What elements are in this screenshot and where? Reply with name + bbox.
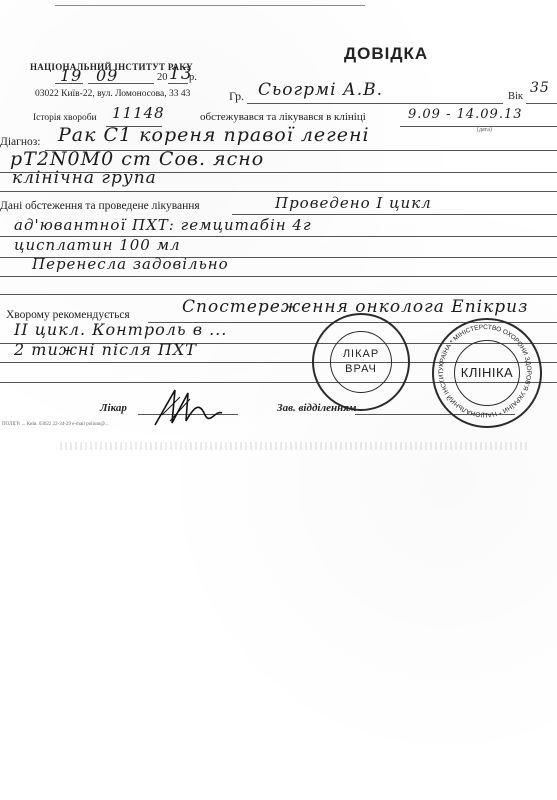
patient-label: Гр.	[229, 89, 244, 104]
patient-rule	[247, 103, 503, 104]
recommend-line-3: 2 тижні після ПХТ	[14, 340, 197, 359]
scan-edge-line	[55, 5, 365, 6]
age-label: Вік	[508, 91, 523, 102]
doctor-stamp: ЛІКАР ВРАЧ	[312, 313, 410, 411]
document-title: ДОВІДКА	[344, 44, 428, 64]
doctor-stamp-top: ЛІКАР	[314, 348, 408, 360]
exam-rule-5	[0, 294, 557, 295]
clinic-stamp-ring-text: УКРАЇНА * МІНІСТЕРСТВО ОХОРОНИ ЗДОРОВ'Я …	[432, 318, 538, 424]
treated-label: обстежувався та лікувався в клініці	[200, 111, 366, 123]
printer-footer: ПОЛІГР. ... Київ. 03022 22-34-29 e-mail …	[2, 422, 109, 427]
svg-text:УКРАЇНА * МІНІСТЕРСТВО ОХОРОНИ: УКРАЇНА * МІНІСТЕРСТВО ОХОРОНИ ЗДОРОВ'Я …	[432, 318, 532, 418]
exam-line-1: Проведено І цикл	[275, 194, 432, 212]
exam-label: Дані обстеження та проведене лікування	[0, 200, 200, 212]
exam-rule-4	[0, 276, 557, 277]
doctor-stamp-bottom: ВРАЧ	[314, 363, 408, 375]
doctor-label: Лікар	[100, 402, 127, 414]
diagnosis-rule-3	[0, 191, 557, 192]
doctor-stamp-inner-ring	[330, 331, 392, 393]
exam-line-3: цисплатин 100 мл	[14, 236, 181, 254]
diagnosis-line-3: клінічна група	[12, 168, 157, 188]
date-year-prefix: 20	[157, 72, 168, 83]
exam-line-2: ад'ювантної ПХТ: гемцитабін 4г	[14, 216, 312, 234]
date-day-rule	[55, 83, 83, 84]
exam-line-4: Перенесла задовільно	[32, 255, 229, 273]
history-label: Історія хвороби	[33, 113, 97, 123]
diagnosis-line-2: pT2N0M0 ст Сов. ясно	[10, 148, 264, 170]
doctor-signature	[150, 385, 230, 430]
date-month-rule	[88, 83, 154, 84]
age-value: 35	[530, 80, 550, 96]
exam-rule-1	[232, 214, 557, 215]
treated-hint: (дата)	[477, 127, 492, 133]
treated-dates: 9.09 - 14.09.13	[408, 107, 523, 122]
diagnosis-label: Діагноз:	[0, 136, 41, 148]
diagnosis-line-1: Рак С1 кореня правої легені	[58, 124, 370, 146]
scan-noise-strip	[60, 442, 530, 450]
age-rule	[526, 103, 557, 104]
date-year-unit: р.	[189, 72, 197, 83]
recommend-line-2: ІІ цикл. Контроль в ...	[14, 320, 227, 339]
history-number: 11148	[112, 104, 165, 122]
institution-address: 03022 Київ-22, вул. Ломоносова, 33 43	[35, 89, 190, 99]
patient-name: Сьогрмі А.В.	[258, 80, 383, 100]
date-year-rule	[168, 83, 188, 84]
